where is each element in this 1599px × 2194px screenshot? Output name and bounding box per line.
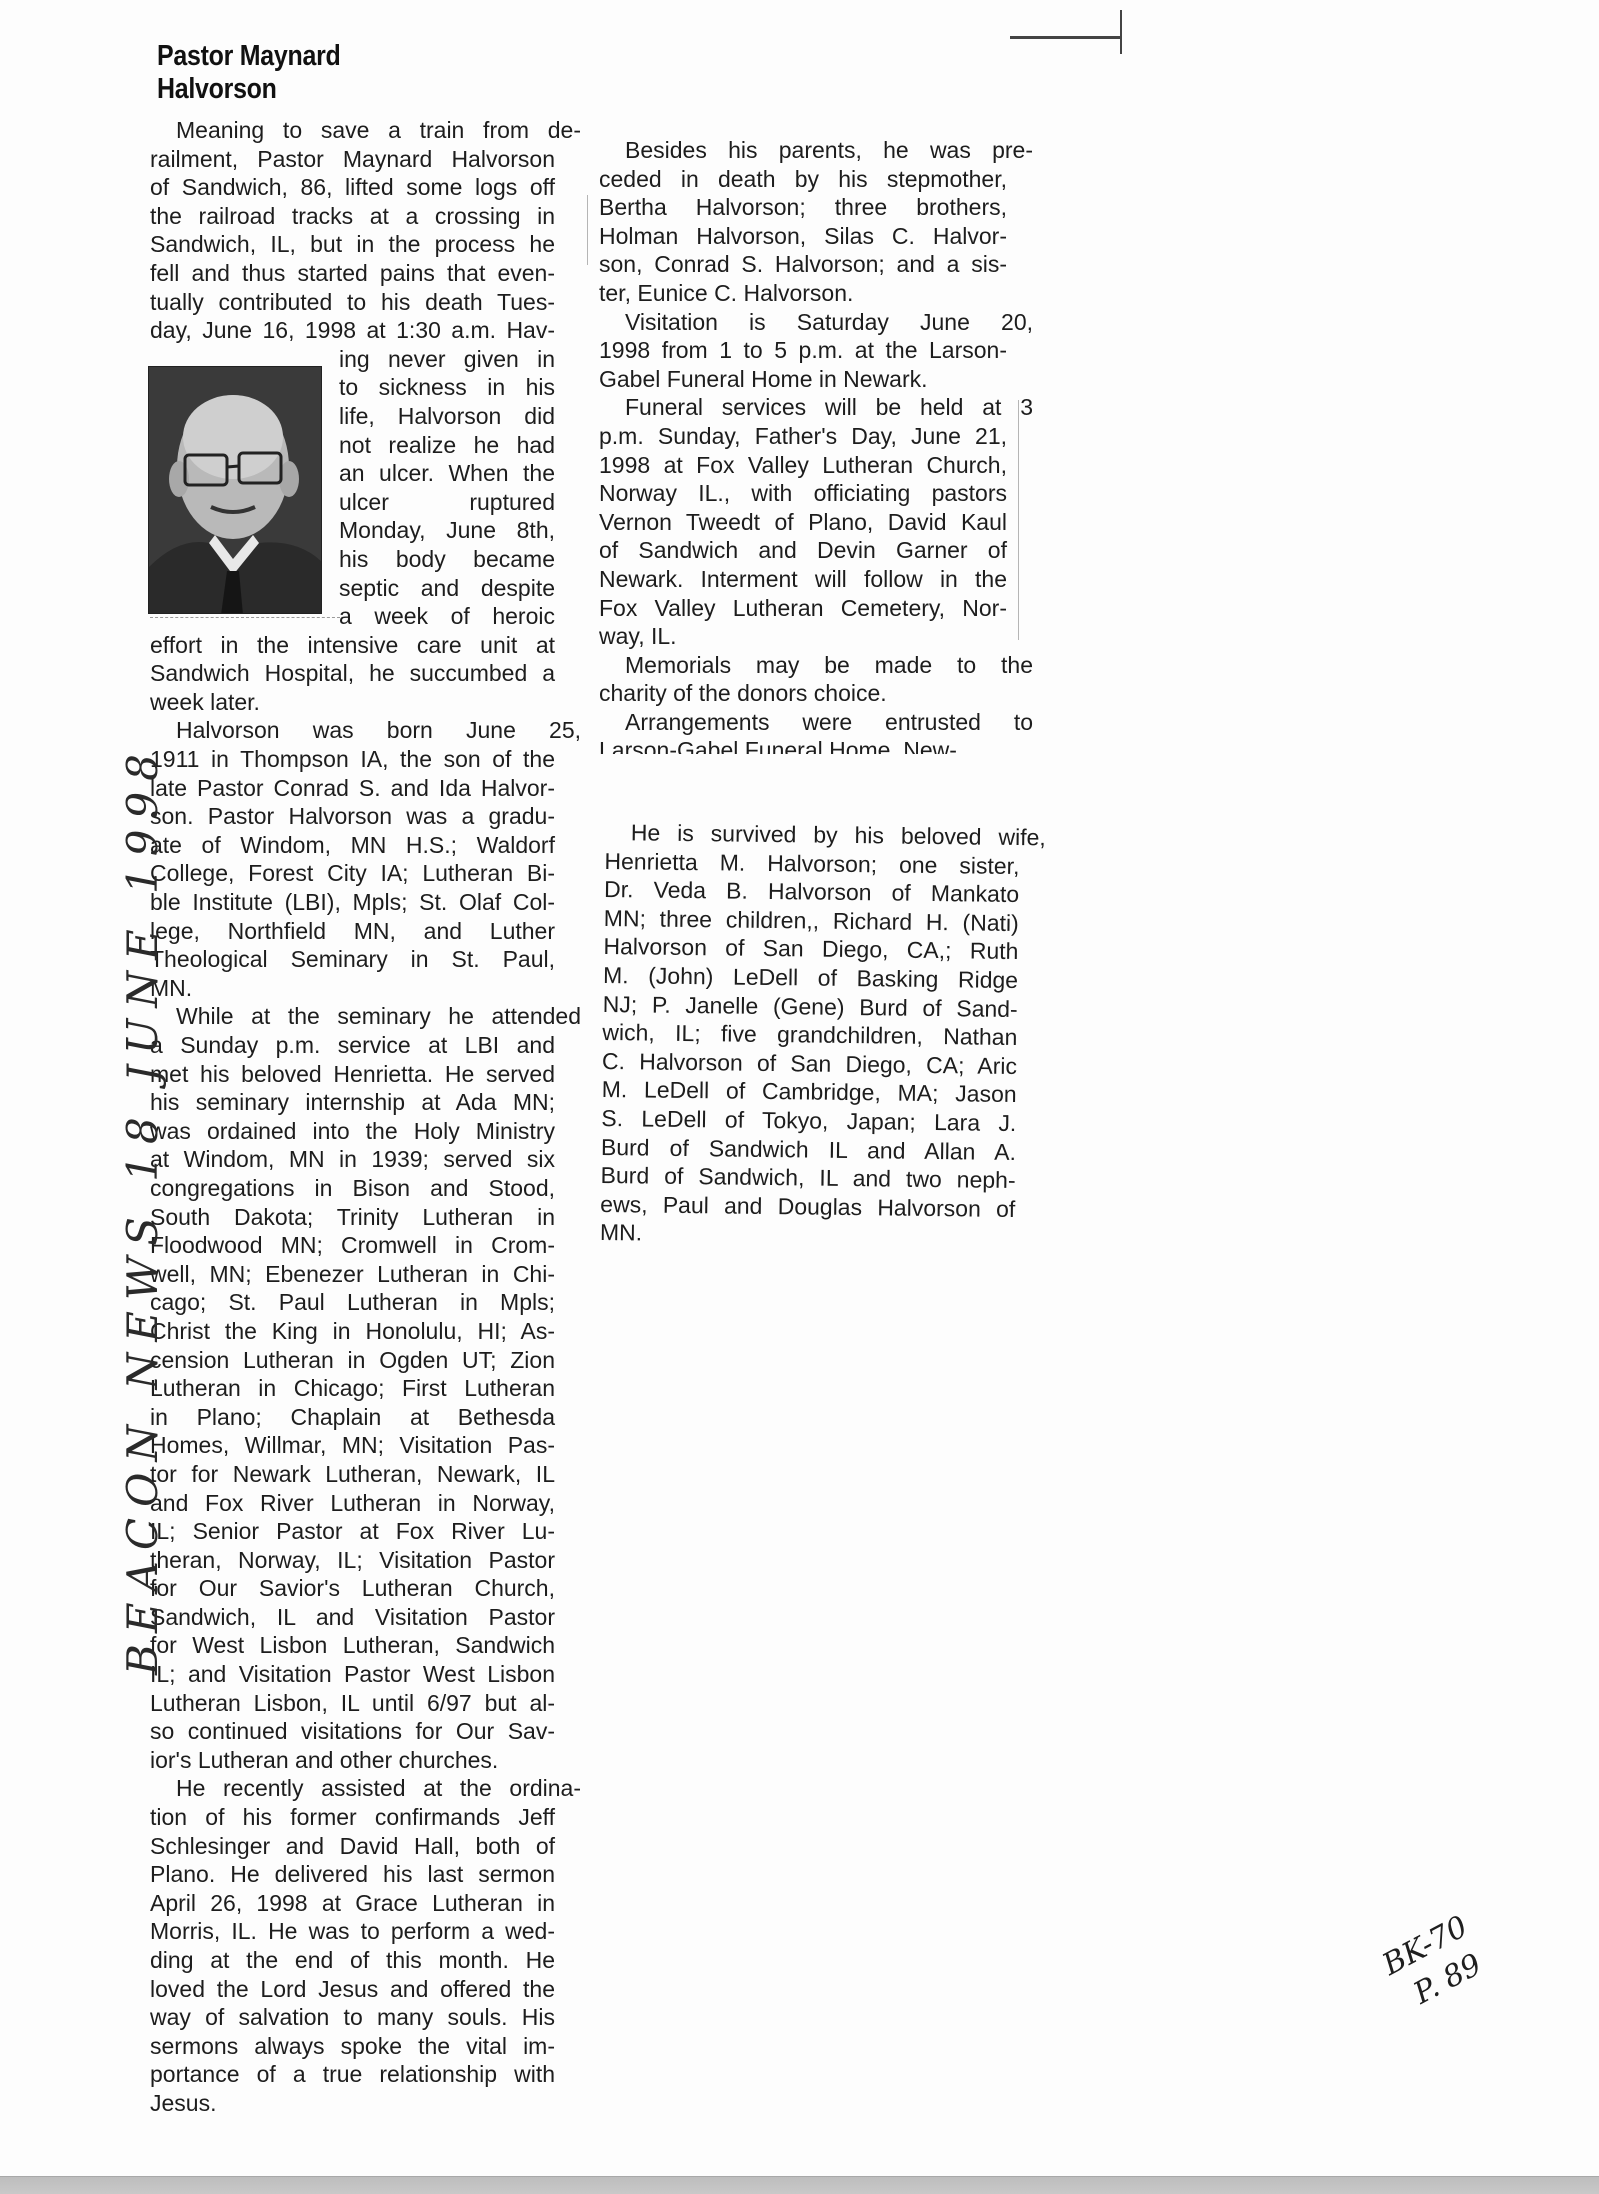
text-line: Fox Valley Lutheran Cemetery, Nor- (599, 594, 1007, 623)
text-line: Sandwich Hospital, he succumbed a (150, 659, 555, 688)
scanned-page: Pastor Maynard Halvorson Meaning to save… (0, 0, 1599, 2176)
text-line: Arrangements were entrusted to (599, 708, 1033, 737)
text-line: ate of Windom, MN H.S.; Waldorf (150, 831, 555, 860)
left-column-body: effort in the intensive care unit atSand… (150, 631, 555, 2118)
text-line: for Our Savior's Lutheran Church, (150, 1574, 555, 1603)
text-line: ews, Paul and Douglas Halvorson of (600, 1190, 1015, 1224)
text-line: of Sandwich and Devin Garner of (599, 536, 1007, 565)
text-line: S. LeDell of Tokyo, Japan; Lara J. (601, 1104, 1016, 1138)
text-line: ing never given in (339, 345, 555, 374)
text-line: for West Lisbon Lutheran, Sandwich (150, 1631, 555, 1660)
text-line: Christ the King in Honolulu, HI; As- (150, 1317, 555, 1346)
text-line: day, June 16, 1998 at 1:30 a.m. Hav- (150, 316, 555, 345)
clipping-edge-rule (1018, 400, 1019, 640)
right-column-upper-text: Besides his parents, he was pre-ceded in… (599, 136, 1007, 754)
text-line: tion of his former confirmands Jeff (150, 1803, 555, 1832)
text-line: and Fox River Lutheran in Norway, (150, 1489, 555, 1518)
scan-mark-vertical (1120, 10, 1122, 54)
text-line: Besides his parents, he was pre- (599, 136, 1033, 165)
text-line: Burd of Sandwich, IL and two neph- (600, 1161, 1015, 1195)
text-line: lege, Northfield MN, and Luther (150, 917, 555, 946)
text-line: loved the Lord Jesus and offered the (150, 1975, 555, 2004)
text-line: tually contributed to his death Tues- (150, 288, 555, 317)
text-line: ter, Eunice C. Halvorson. (599, 279, 1007, 308)
right-column-lower-text: He is survived by his beloved wife,Henri… (600, 818, 1020, 1252)
text-line: Meaning to save a train from de- (150, 116, 581, 145)
text-line: Newark. Interment will follow in the (599, 565, 1007, 594)
text-line: Morris, IL. He was to perform a wed- (150, 1917, 555, 1946)
text-line: at Windom, MN in 1939; served six (150, 1145, 555, 1174)
text-line: Lutheran in Chicago; First Lutheran (150, 1374, 555, 1403)
text-line: cago; St. Paul Lutheran in Mpls; (150, 1288, 555, 1317)
text-line: effort in the intensive care unit at (150, 631, 555, 660)
text-line: Jesus. (150, 2089, 555, 2118)
text-line: was ordained into the Holy Ministry (150, 1117, 555, 1146)
left-column: Meaning to save a train from de-railment… (150, 116, 555, 2118)
text-line: of Sandwich, 86, lifted some logs off (150, 173, 555, 202)
headline-line-2: Halvorson (157, 73, 341, 106)
text-line: charity of the donors choice. (599, 679, 1007, 708)
text-line: ceded in death by his stepmother, (599, 165, 1007, 194)
text-line: Memorials may be made to the (599, 651, 1033, 680)
text-line: Halvorson was born June 25, (150, 716, 581, 745)
text-line: M. (John) LeDell of Basking Ridge (603, 961, 1018, 995)
text-line: son. Pastor Halvorson was a gradu- (150, 802, 555, 831)
text-line: 1998 from 1 to 5 p.m. at the Larson- (599, 336, 1007, 365)
text-line: Funeral services will be held at 3 (599, 393, 1033, 422)
text-line: railment, Pastor Maynard Halvorson (150, 145, 555, 174)
text-line: Plano. He delivered his last sermon (150, 1860, 555, 1889)
text-line: Homes, Willmar, MN; Visitation Pas- (150, 1431, 555, 1460)
obituary-headline: Pastor Maynard Halvorson (157, 40, 341, 106)
text-line: life, Halvorson did (339, 402, 555, 431)
text-line: Sandwich, IL and Visitation Pastor (150, 1603, 555, 1632)
text-line: his body became (339, 545, 555, 574)
text-line: the railroad tracks at a crossing in (150, 202, 555, 231)
text-line: cension Lutheran in Ogden UT; Zion (150, 1346, 555, 1375)
headline-line-1: Pastor Maynard (157, 40, 341, 73)
text-line: ding at the end of this month. He (150, 1946, 555, 1975)
text-line: Theological Seminary in St. Paul, (150, 945, 555, 974)
text-line: He recently assisted at the ordina- (150, 1774, 581, 1803)
text-line: While at the seminary he attended (150, 1002, 581, 1031)
text-line: son, Conrad S. Halvorson; and a sis- (599, 250, 1007, 279)
text-line: portance of a true relationship with (150, 2060, 555, 2089)
text-line: well, MN; Ebenezer Lutheran in Chi- (150, 1260, 555, 1289)
right-column-lower: He is survived by his beloved wife,Henri… (600, 818, 1020, 1252)
text-line: Bertha Halvorson; three brothers, (599, 193, 1007, 222)
text-line: Monday, June 8th, (339, 516, 555, 545)
text-line: IL; Senior Pastor at Fox River Lu- (150, 1517, 555, 1546)
text-line: ulcer ruptured (339, 488, 555, 517)
handwritten-reference: BK-70 P. 89 (1376, 1907, 1494, 2020)
text-line: Floodwood MN; Cromwell in Crom- (150, 1231, 555, 1260)
text-line: a Sunday p.m. service at LBI and (150, 1031, 555, 1060)
text-line: his seminary internship at Ada MN; (150, 1088, 555, 1117)
text-line: Lutheran Lisbon, IL until 6/97 but al- (150, 1689, 555, 1718)
text-line: Visitation is Saturday June 20, (599, 308, 1033, 337)
text-line: tor for Newark Lutheran, Newark, IL (150, 1460, 555, 1489)
text-line: septic and despite (339, 574, 555, 603)
text-line: South Dakota; Trinity Lutheran in (150, 1203, 555, 1232)
text-line: sermons always spoke the vital im- (150, 2032, 555, 2061)
text-line: Sandwich, IL, but in the process he (150, 230, 555, 259)
text-line: Holman Halvorson, Silas C. Halvor- (599, 222, 1007, 251)
text-line: to sickness in his (339, 373, 555, 402)
text-line: way, IL. (599, 622, 1007, 651)
text-line: not realize he had (339, 431, 555, 460)
text-line: late Pastor Conrad S. and Ida Halvor- (150, 774, 555, 803)
text-line: 1911 in Thompson IA, the son of the (150, 745, 555, 774)
clipping-edge-rule (587, 195, 588, 265)
left-column-photo-wrap: ing never given into sickness in hislife… (150, 345, 555, 631)
text-line: ior's Lutheran and other churches. (150, 1746, 555, 1775)
text-line: week later. (150, 688, 555, 717)
text-line: Larson-Gabel Funeral Home, New- (599, 736, 1007, 754)
text-line: fell and thus started pains that even- (150, 259, 555, 288)
right-column-upper: Besides his parents, he was pre-ceded in… (599, 136, 1007, 754)
text-line: way of salvation to many souls. His (150, 2003, 555, 2032)
text-line: IL; and Visitation Pastor West Lisbon (150, 1660, 555, 1689)
text-line: congregations in Bison and Stood, (150, 1174, 555, 1203)
scan-mark-horizontal (1010, 36, 1122, 39)
handwritten-source-note: BEACON NEWS 18 JUNE 1998 (118, 743, 167, 1675)
text-line: a week of heroic (339, 602, 555, 631)
text-line: Gabel Funeral Home in Newark. (599, 365, 1007, 394)
text-line: Norway IL., with officiating pastors (599, 479, 1007, 508)
text-line: College, Forest City IA; Lutheran Bi- (150, 859, 555, 888)
text-line: 1998 at Fox Valley Lutheran Church, (599, 451, 1007, 480)
text-line: theran, Norway, IL; Visitation Pastor (150, 1546, 555, 1575)
text-line: in Plano; Chaplain at Bethesda (150, 1403, 555, 1432)
text-line: MN. (600, 1218, 1015, 1252)
left-column-intro: Meaning to save a train from de-railment… (150, 116, 555, 345)
text-line: p.m. Sunday, Father's Day, June 21, (599, 422, 1007, 451)
text-line: April 26, 1998 at Grace Lutheran in (150, 1889, 555, 1918)
text-line: an ulcer. When the (339, 459, 555, 488)
scan-bottom-edge (0, 2176, 1599, 2194)
text-line: MN. (150, 974, 555, 1003)
text-line: so continued visitations for Our Sav- (150, 1717, 555, 1746)
text-line: ble Institute (LBI), Mpls; St. Olaf Col- (150, 888, 555, 917)
text-line: met his beloved Henrietta. He served (150, 1060, 555, 1089)
text-line: Vernon Tweedt of Plano, David Kaul (599, 508, 1007, 537)
text-line: Schlesinger and David Hall, both of (150, 1832, 555, 1861)
